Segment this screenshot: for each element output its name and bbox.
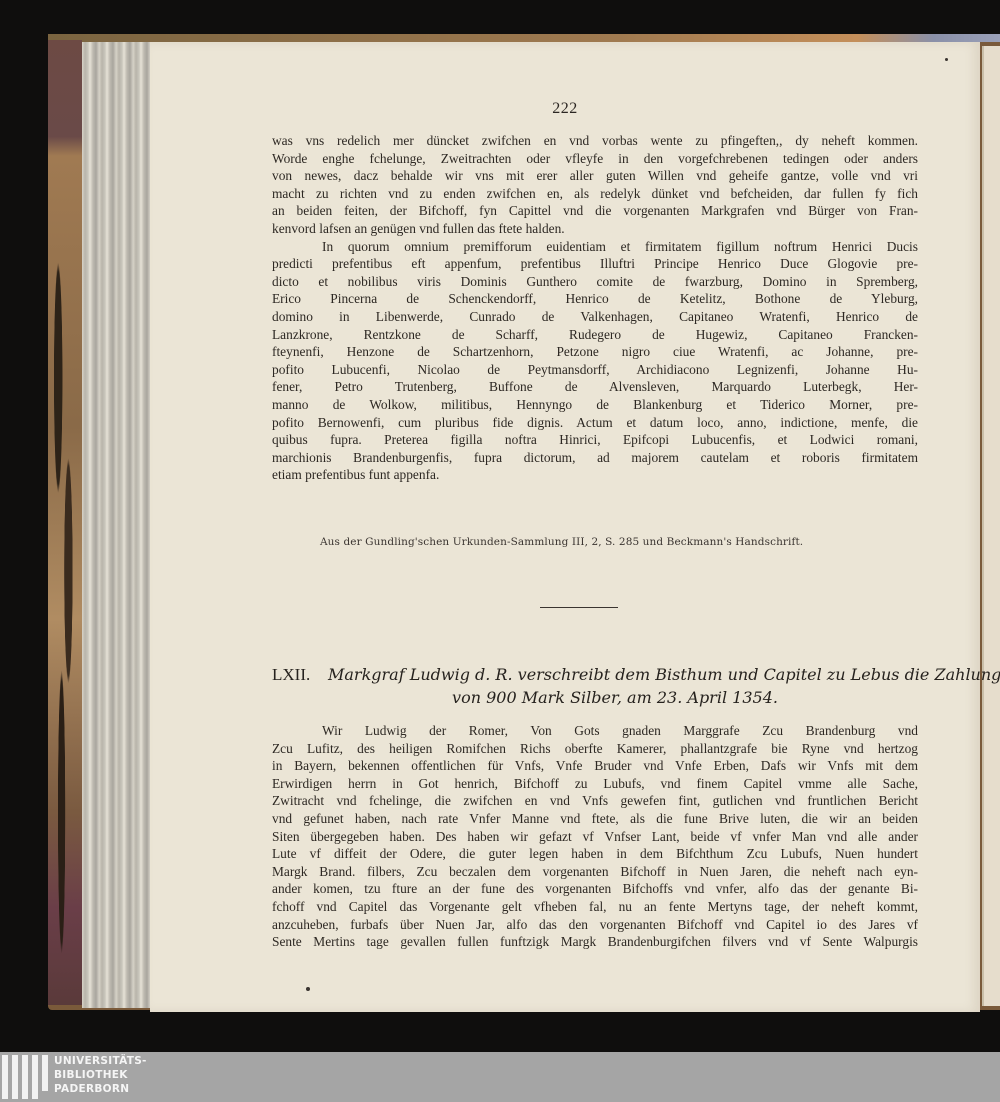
source-note: Aus der Gundling'schen Urkunden-Sammlung… <box>320 536 803 548</box>
text-line: Margk Brand. filbers, Zcu beczalen dem v… <box>272 863 918 881</box>
text-line: marchionis Brandenburgenfis, fupra dicto… <box>272 449 918 467</box>
text-line: Zwitracht vnd fchelinge, die zwifchen en… <box>272 792 918 810</box>
text-line: von newes, dacz behalde wir vns mit erer… <box>272 167 918 185</box>
facing-page-edge <box>982 46 1000 1006</box>
section-number: LXII. <box>272 664 324 686</box>
text-line: pofito Lubucenfi, Nicolao de Peytmansdor… <box>272 361 918 379</box>
heading-line-1: Markgraf Ludwig d. R. verschreibt dem Bi… <box>328 665 1000 684</box>
text-line: dicto et nobilibus viris Dominis Gunther… <box>272 273 918 291</box>
text-line: manno de Wolkow, militibus, Hennyngo de … <box>272 396 918 414</box>
logo-line-3: PADERBORN <box>54 1082 147 1096</box>
text-line: Lute vf diffeit der Odere, die guter leg… <box>272 845 918 863</box>
page-stack-edges <box>82 42 154 1008</box>
cover-top-edge <box>48 34 1000 42</box>
text-line: Siten übergegeben haben. Des haben wir g… <box>272 828 918 846</box>
text-line: pofito Bernowenfi, cum pluribus fide dig… <box>272 414 918 432</box>
text-line: Sente Mertins tage gevallen fullen funft… <box>272 933 918 951</box>
book-page: 222 was vns redelich mer düncket zwifche… <box>150 42 980 1012</box>
text-line: was vns redelich mer düncket zwifchen en… <box>272 132 918 150</box>
logo-line-1: UNIVERSITÄTS- <box>54 1054 147 1068</box>
text-line: fener, Petro Trutenberg, Buffone de Alve… <box>272 378 918 396</box>
text-line: vnd gefunet haben, nach rate Vnfer Manne… <box>272 810 918 828</box>
logo-line-2: BIBLIOTHEK <box>54 1068 147 1082</box>
heading-line-2: von 900 Mark Silber, am 23. April 1354. <box>272 687 918 709</box>
text-line: Erwirdigen herrn in Got henrich, Bifchof… <box>272 775 918 793</box>
text-line: domino in Libenwerde, Cunrado de Valkenh… <box>272 308 918 326</box>
text-line: Wir Ludwig der Romer, Von Gots gnaden Ma… <box>272 722 918 740</box>
library-logo-text: UNIVERSITÄTS- BIBLIOTHEK PADERBORN <box>54 1054 147 1096</box>
text-line: kenvord lafsen an genügen vnd fullen das… <box>272 220 918 238</box>
marbled-spine <box>48 40 82 1005</box>
text-line: Zcu Lufitz, des heiligen Romifchen Richs… <box>272 740 918 758</box>
page-number: 222 <box>150 100 980 118</box>
text-line: an beiden feiten, der Bifchoff, fyn Capi… <box>272 202 918 220</box>
text-line: macht zu richten vnd zu enden zwifchen e… <box>272 185 918 203</box>
text-line: predicti prefentibus eft appenfum, prefe… <box>272 255 918 273</box>
text-line: in Bayern, bekennen offentlichen für Vnf… <box>272 757 918 775</box>
section-heading: LXII. Markgraf Ludwig d. R. verschreibt … <box>272 664 918 709</box>
text-line: ander komen, tzu fture an der fune des v… <box>272 880 918 898</box>
text-line: anzcuheben, furbafs über Nuen Jar, alfo … <box>272 916 918 934</box>
text-line: etiam prefentibus funt appenfa. <box>272 466 918 484</box>
text-line: Lanzkrone, Rentzkone de Scharff, Rudeger… <box>272 326 918 344</box>
text-line: fchoff vnd Capitel das Vorgenante gelt v… <box>272 898 918 916</box>
paragraph-3: Wir Ludwig der Romer, Von Gots gnaden Ma… <box>272 722 918 951</box>
library-logo-icon <box>2 1055 46 1099</box>
section-divider <box>540 607 618 608</box>
text-line: Worde enghe fchelunge, Zweitrachten oder… <box>272 150 918 168</box>
text-line: In quorum omnium premifforum euidentiam … <box>272 238 918 256</box>
ink-speck <box>945 58 948 61</box>
text-line: quibus fupra. Preterea figilla noftra Hi… <box>272 431 918 449</box>
text-line: fteynenfi, Henzone de Schartzenhorn, Pet… <box>272 343 918 361</box>
footer-bar: UNIVERSITÄTS- BIBLIOTHEK PADERBORN <box>0 1052 1000 1102</box>
text-line: Erico Pincerna de Schenckendorff, Henric… <box>272 290 918 308</box>
ink-speck <box>306 987 310 991</box>
paragraph-1: was vns redelich mer düncket zwifchen en… <box>272 132 918 484</box>
